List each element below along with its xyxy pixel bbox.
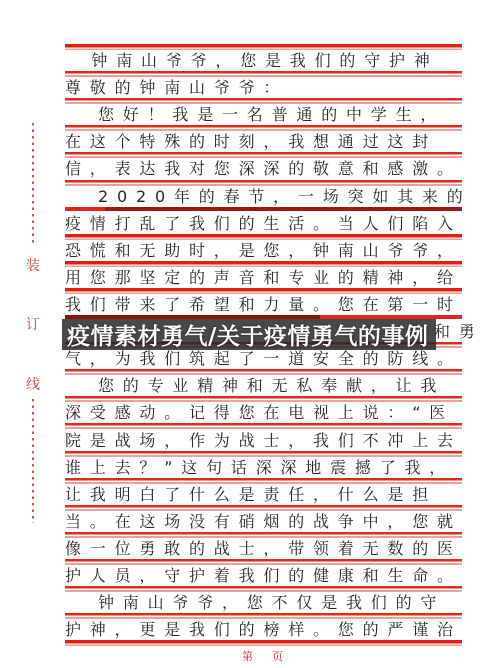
letter-line: 当。在这场没有硝烟的战争中，您就 [65,511,465,532]
title-overlay-text: 疫情素材勇气/关于疫情勇气的事例 [62,318,428,351]
letter-line: 用您那坚定的声音和专业的精神，给 [65,267,465,288]
binding-char-xian: 线 [26,374,42,394]
letter-line: 信，表达我对您深深的敬意和感激。 [65,158,465,179]
letter-line: 尊敬的钟南山爷爷： [65,77,465,98]
letter-line: 气，为我们筑起了一道安全的防线。 [65,348,465,369]
letter-line: 疫情打乱了我们的生活。当人们陷入 [65,213,465,234]
page-number-label-ye: 页 [272,648,283,664]
binding-char-zhuang: 装 [26,255,42,275]
page-number-label-di: 第 [242,648,253,664]
binding-dotted-line [32,399,34,523]
binding-dotted-line [32,123,34,245]
ruled-line [65,207,462,211]
binding-char-ding: 订 [26,314,42,334]
letter-line: 恐慌和无助时，是您，钟南山爷爷， [65,240,465,261]
letter-line: 2020年的春节，一场突如其来的 [65,186,498,207]
ruled-line [65,640,462,646]
letter-line: 护人员，守护着我们的健康和生命。 [65,565,465,586]
letter-line: 我们带来了希望和力量。您在第一时 [65,294,465,315]
letter-page: { "banner": { "text": "疫情素材勇气/关于疫情勇气的事例"… [0,0,500,668]
letter-line: 您好！我是一名普通的中学生， [65,104,498,125]
letter-line: 在这个特殊的时刻，我想通过这封 [65,131,465,152]
letter-line: 深受感动。记得您在电视上说：“医 [65,402,465,423]
letter-line: 护神，更是我们的榜样。您的严谨治 [65,619,465,640]
letter-line: 谁上去？”这句话深深地震撼了我， [65,457,465,478]
letter-line: 钟南山爷爷，您不仅是我们的守 [65,592,498,613]
title-overlay-banner: 疫情素材勇气/关于疫情勇气的事例 [62,319,436,350]
letter-line: 让我明白了什么是责任，什么是担 [65,484,465,505]
letter-line: 院是战场，作为战士，我们不冲上去 [65,430,465,451]
letter-title-line: 钟南山爷爷，您是我们的守护神 [65,50,465,71]
letter-line: 像一位勇敢的战士，带领着无数的医 [65,538,465,559]
ruled-line [65,423,462,429]
letter-line: 您的专业精神和无私奉献，让我 [65,375,498,396]
